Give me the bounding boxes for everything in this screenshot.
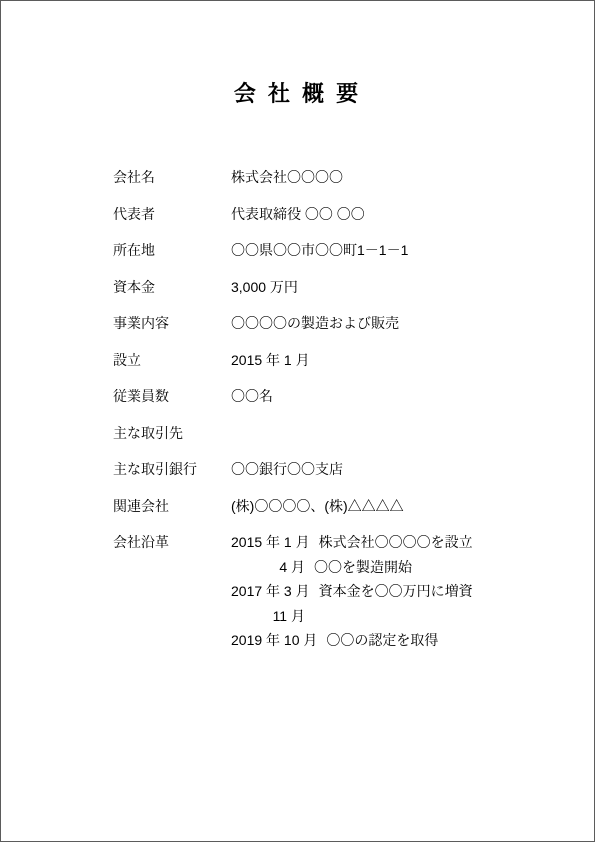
field-label: 主な取引先 [113, 421, 231, 446]
history-event: 〇〇を製造開始 [314, 555, 412, 580]
document-page: 会 社 概 要 会社名 株式会社〇〇〇〇 代表者 代表取締役 〇〇 〇〇 所在地… [0, 0, 595, 842]
field-label: 資本金 [113, 275, 231, 300]
field-value: 〇〇銀行〇〇支店 [231, 457, 343, 482]
field-row-representative: 代表者 代表取締役 〇〇 〇〇 [113, 202, 564, 227]
field-label: 関連会社 [113, 494, 231, 519]
history-lines: 2015 年 1 月 株式会社〇〇〇〇を設立 4 月 〇〇を製造開始 2017 … [231, 530, 473, 653]
field-value: (株)〇〇〇〇、(株)△△△△ [231, 494, 404, 519]
history-date: 4 月 [231, 555, 305, 580]
field-value: 代表取締役 〇〇 〇〇 [231, 202, 365, 227]
history-entry: 4 月 〇〇を製造開始 [231, 555, 473, 580]
field-label: 所在地 [113, 238, 231, 263]
field-row-established: 設立 2015 年 1 月 [113, 348, 564, 373]
field-row-address: 所在地 〇〇県〇〇市〇〇町1－1－1 [113, 238, 564, 263]
field-label: 設立 [113, 348, 231, 373]
field-value: 株式会社〇〇〇〇 [231, 165, 343, 190]
history-event: 株式会社〇〇〇〇を設立 [319, 530, 473, 555]
field-row-main-banks: 主な取引銀行 〇〇銀行〇〇支店 [113, 457, 564, 482]
history-date: 2017 年 3 月 [231, 579, 310, 604]
field-label: 従業員数 [113, 384, 231, 409]
field-row-business: 事業内容 〇〇〇〇の製造および販売 [113, 311, 564, 336]
field-value: 〇〇名 [231, 384, 273, 409]
history-date: 2015 年 1 月 [231, 530, 310, 555]
field-label: 会社沿革 [113, 530, 231, 555]
field-row-capital: 資本金 3,000 万円 [113, 275, 564, 300]
field-row-company-history: 会社沿革 2015 年 1 月 株式会社〇〇〇〇を設立 4 月 〇〇を製造開始 … [113, 530, 564, 653]
page-title: 会 社 概 要 [1, 79, 594, 109]
history-event: 資本金を〇〇万円に増資 [319, 579, 473, 604]
history-entry: 2017 年 3 月 資本金を〇〇万円に増資 [231, 579, 473, 604]
field-value: 〇〇〇〇の製造および販売 [231, 311, 399, 336]
field-label: 事業内容 [113, 311, 231, 336]
field-row-company-name: 会社名 株式会社〇〇〇〇 [113, 165, 564, 190]
field-value: 3,000 万円 [231, 275, 298, 300]
field-label: 主な取引銀行 [113, 457, 231, 482]
company-fields: 会社名 株式会社〇〇〇〇 代表者 代表取締役 〇〇 〇〇 所在地 〇〇県〇〇市〇… [113, 165, 564, 665]
field-label: 会社名 [113, 165, 231, 190]
history-entry: 2019 年 10 月 〇〇の認定を取得 [231, 628, 473, 653]
field-value: 2015 年 1 月 [231, 348, 310, 373]
field-value: 〇〇県〇〇市〇〇町1－1－1 [231, 238, 408, 263]
history-event: 〇〇の認定を取得 [326, 628, 438, 653]
history-date: 11 月 [231, 604, 305, 629]
history-entry: 2015 年 1 月 株式会社〇〇〇〇を設立 [231, 530, 473, 555]
field-row-employees: 従業員数 〇〇名 [113, 384, 564, 409]
history-entry: 11 月 [231, 604, 473, 629]
field-row-main-clients: 主な取引先 [113, 421, 564, 446]
field-label: 代表者 [113, 202, 231, 227]
field-row-affiliates: 関連会社 (株)〇〇〇〇、(株)△△△△ [113, 494, 564, 519]
history-date: 2019 年 10 月 [231, 628, 317, 653]
